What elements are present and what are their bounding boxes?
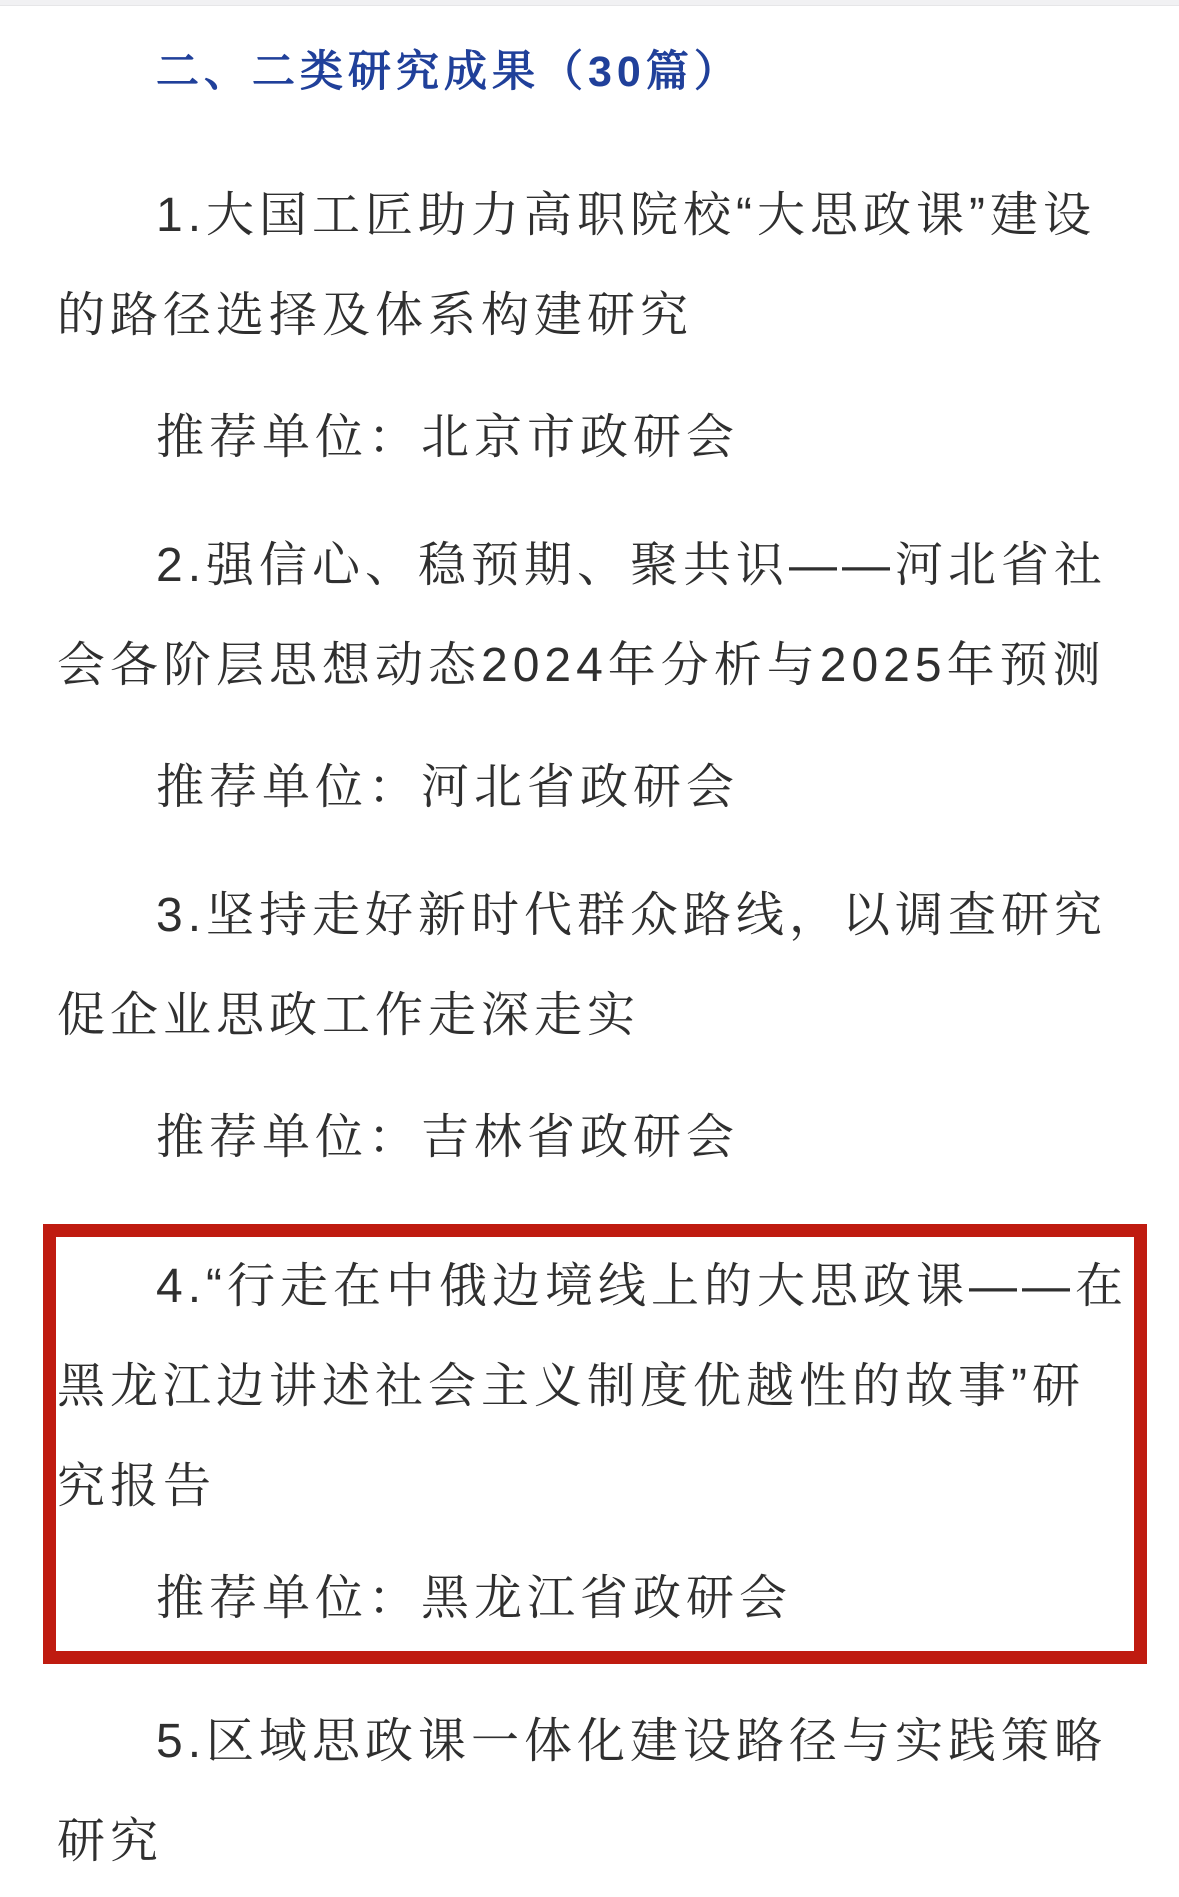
item-title: 1.大国工匠助力高职院校“大思政课”建设的路径选择及体系构建研究 bbox=[57, 166, 1136, 366]
item-sponsor: 推荐单位：河北省政研会 bbox=[156, 738, 1136, 838]
item-sponsor: 推荐单位：吉林省政研会 bbox=[156, 1088, 1136, 1188]
item-title: 5.区域思政课一体化建设路径与实践策略研究 bbox=[57, 1692, 1136, 1892]
item-title: 2.强信心、稳预期、聚共识——河北省社会各阶层思想动态2024年分析与2025年… bbox=[57, 516, 1136, 716]
item-sponsor: 推荐单位：北京市政研会 bbox=[156, 388, 1136, 488]
results-list: 1.大国工匠助力高职院校“大思政课”建设的路径选择及体系构建研究推荐单位：北京市… bbox=[57, 166, 1136, 1892]
section-heading: 二、二类研究成果（30篇） bbox=[156, 42, 1136, 102]
document-page: 二、二类研究成果（30篇） 1.大国工匠助力高职院校“大思政课”建设的路径选择及… bbox=[0, 6, 1179, 1892]
item-sponsor: 推荐单位：黑龙江省政研会 bbox=[156, 1549, 1134, 1649]
item-title: 3.坚持走好新时代群众路线，以调查研究促企业思政工作走深走实 bbox=[57, 866, 1136, 1066]
highlight-box: 4.“行走在中俄边境线上的大思政课——在黑龙江边讲述社会主义制度优越性的故事”研… bbox=[43, 1224, 1147, 1664]
item-title: 4.“行走在中俄边境线上的大思政课——在黑龙江边讲述社会主义制度优越性的故事”研… bbox=[57, 1237, 1134, 1537]
